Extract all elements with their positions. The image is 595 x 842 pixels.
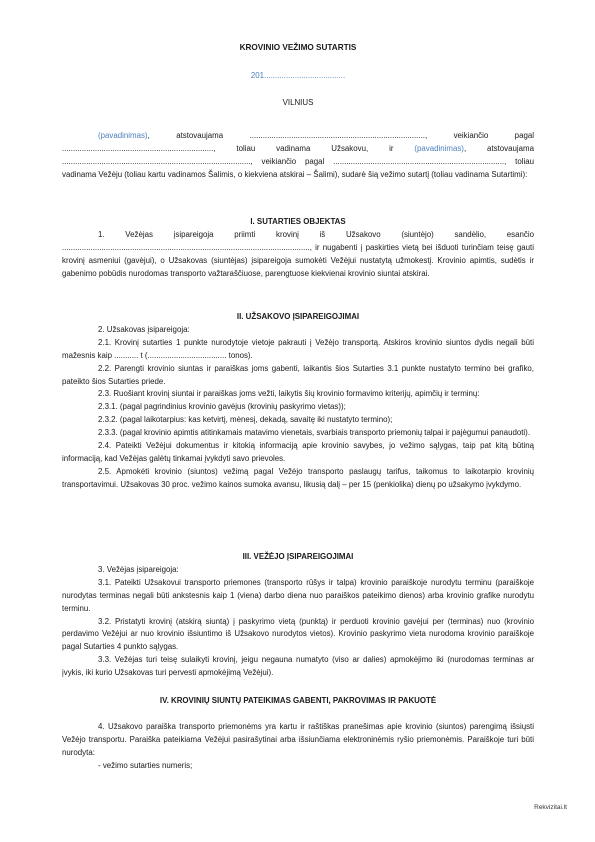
document-date: 201..................................... xyxy=(62,70,534,83)
section-heading: III. VEŽĖJO ĮSIPAREIGOJIMAI xyxy=(62,551,534,564)
clause: 2.5. Apmokėti krovinio (siuntos) vežimą … xyxy=(62,466,534,492)
footer-brand: Rekvizitai.lt xyxy=(534,804,567,811)
section-3: III. VEŽĖJO ĮSIPAREIGOJIMAI 3. Vežėjas į… xyxy=(62,551,534,680)
clause: 3.2. Pristatyti krovinį (atskirą siuntą)… xyxy=(62,616,534,655)
document-title: KROVINIO VEŽIMO SUTARTIS xyxy=(62,42,534,55)
section-4: IV. KROVINIŲ SIUNTŲ PATEIKIMAS GABENTI, … xyxy=(62,695,534,773)
clause: 4. Užsakovo paraiška transporto priemonė… xyxy=(62,721,534,760)
intro-paragraph: (pavadinimas), atstovaujama ............… xyxy=(62,130,534,182)
clause: 2.2. Parengti krovinio siuntas ir paraiš… xyxy=(62,363,534,389)
list-item: - vežimo sutarties numeris; xyxy=(62,760,534,773)
clause: 3.1. Pateikti Užsakovui transporto priem… xyxy=(62,577,534,616)
clause: 2.1. Krovinį sutarties 1 punkte nurodyto… xyxy=(62,337,534,363)
section-2: II. UŽSAKOVO ĮSIPAREIGOJIMAI 2. Užsakova… xyxy=(62,311,534,492)
clause: 3. Vežėjas įsipareigoja: xyxy=(62,564,534,577)
clause: 2.3.3. (pagal krovinio apimtis atitinkam… xyxy=(62,427,534,440)
clause: 2.4. Pateikti Vežėjui dokumentus ir kito… xyxy=(62,440,534,466)
clause: 2.3. Ruošiant krovinį siuntai ir paraišk… xyxy=(62,388,534,401)
clause: 3.3. Vežėjas turi teisę sulaikyti krovin… xyxy=(62,654,534,680)
party-name-placeholder: (pavadinimas) xyxy=(414,144,464,153)
clause: 2.3.2. (pagal laikotarpius: kas ketvirtį… xyxy=(62,414,534,427)
section-heading: IV. KROVINIŲ SIUNTŲ PATEIKIMAS GABENTI, … xyxy=(62,695,534,708)
party-name-placeholder: (pavadinimas) xyxy=(98,131,148,140)
clause: 1. Vežėjas įsipareigoja priimti krovinį … xyxy=(62,229,534,281)
document-city: VILNIUS xyxy=(62,97,534,110)
section-1: I. SUTARTIES OBJEKTAS 1. Vežėjas įsipare… xyxy=(62,216,534,281)
clause: 2. Užsakovas įsipareigoja: xyxy=(62,324,534,337)
section-heading: I. SUTARTIES OBJEKTAS xyxy=(62,216,534,229)
section-heading: II. UŽSAKOVO ĮSIPAREIGOJIMAI xyxy=(62,311,534,324)
clause: 2.3.1. (pagal pagrindinius krovinio gavė… xyxy=(62,401,534,414)
